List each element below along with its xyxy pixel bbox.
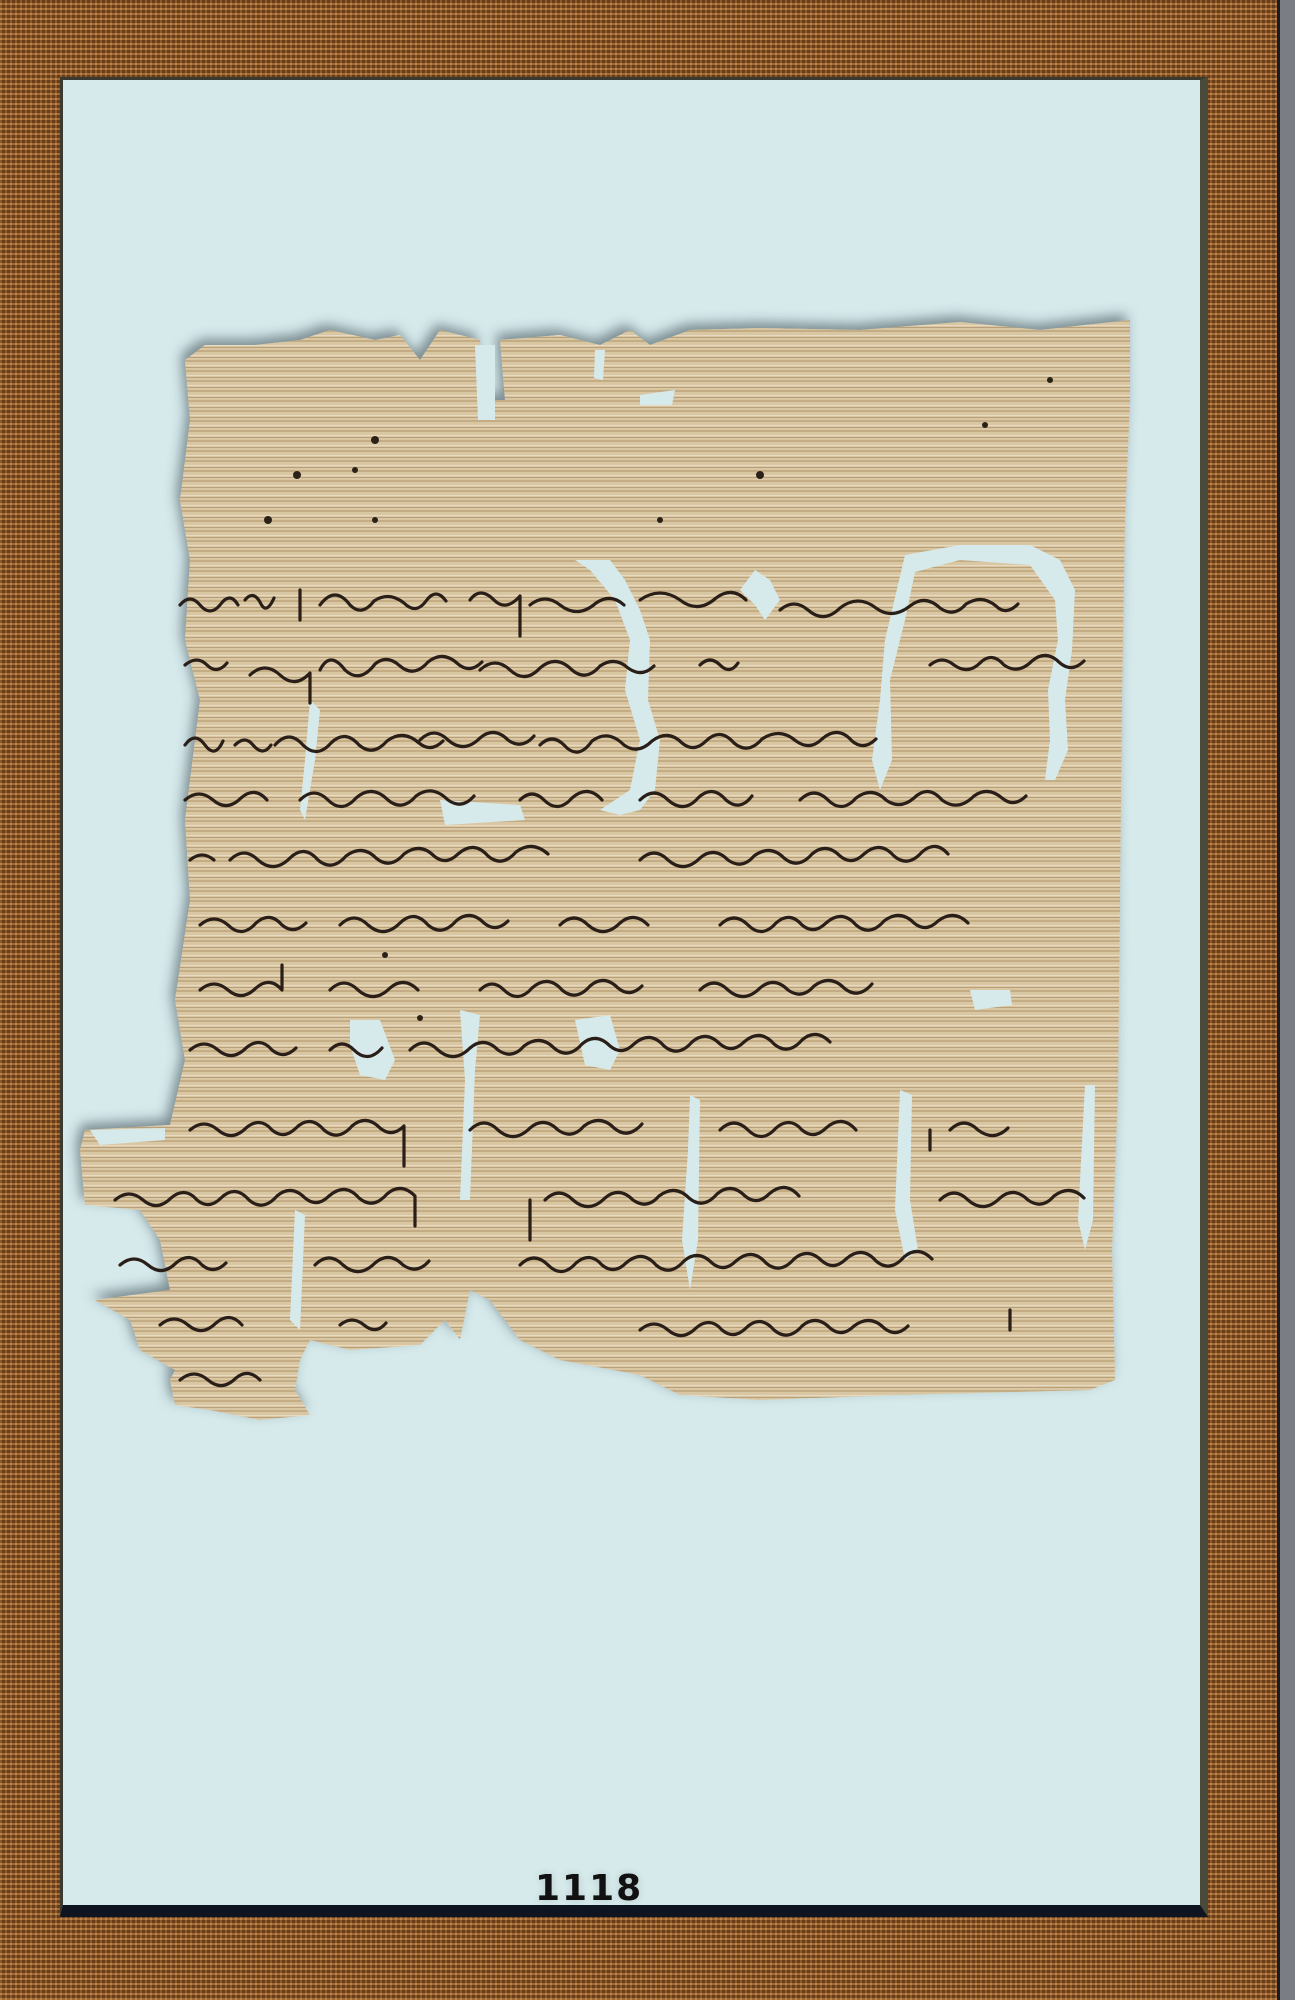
catalog-number-label: 1118	[535, 1868, 643, 1909]
papyrus-fragment	[0, 0, 1295, 2000]
